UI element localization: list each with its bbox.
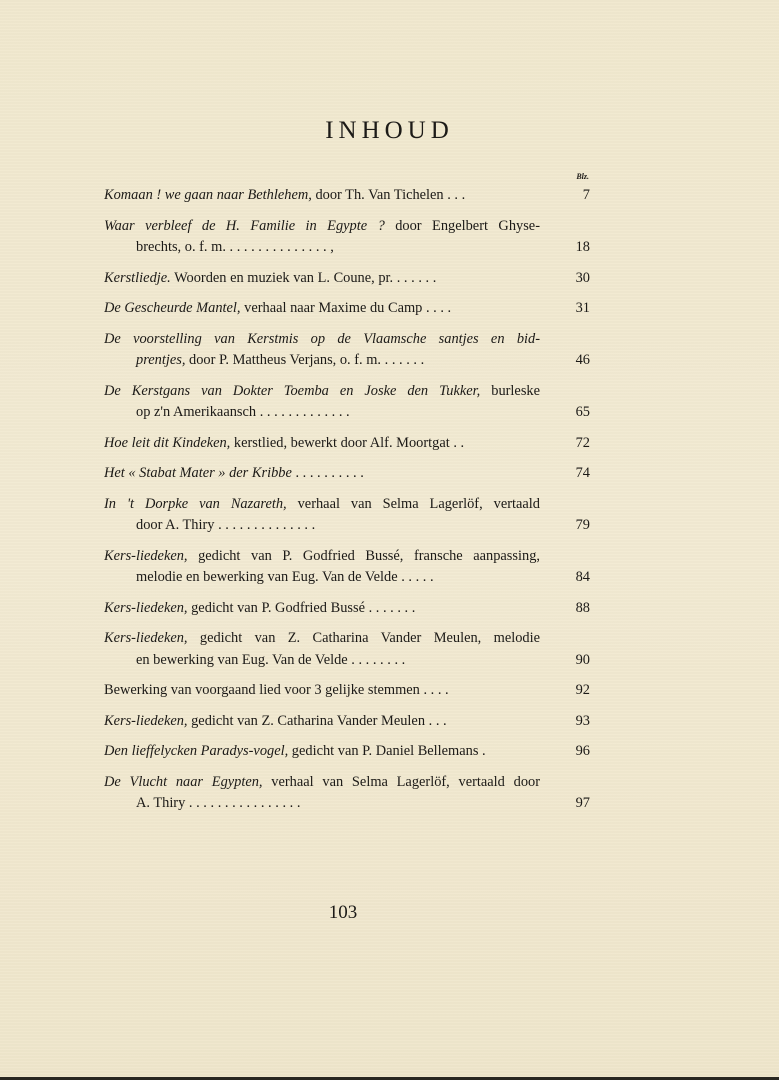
entry-page-number: 97 xyxy=(550,793,590,815)
entry-description: gedicht van P. Daniel Bellemans xyxy=(288,743,478,759)
dot-leader: . . . . . . . . . . xyxy=(292,465,364,481)
entry-page-number: 92 xyxy=(550,680,590,702)
entry-page-number: 88 xyxy=(550,598,590,620)
toc-entry-line: Bewerking van voorgaand lied voor 3 geli… xyxy=(104,680,540,702)
entry-description: Bewerking van voorgaand lied voor 3 geli… xyxy=(104,682,420,698)
toc-entry: In 't Dorpke van Nazareth, verhaal van S… xyxy=(104,494,590,537)
toc-entry-line: op z'n Amerikaansch . . . . . . . . . . … xyxy=(104,402,540,424)
entry-page-number: 90 xyxy=(550,650,590,672)
toc-entry-line: In 't Dorpke van Nazareth, verhaal van S… xyxy=(104,494,540,516)
entry-description: door Th. Van Tichelen xyxy=(312,187,444,203)
entry-description: door A. Thiry xyxy=(136,517,214,533)
dot-leader: . . . . . . xyxy=(381,352,424,368)
entry-description: verhaal van Selma Lagerlöf, vertaald doo… xyxy=(263,774,540,790)
entry-description: gedicht van Z. Catharina Vander Meulen, … xyxy=(188,630,540,646)
entry-title: De voorstelling van Kerstmis op de Vlaam… xyxy=(104,331,540,347)
dot-leader: . . . . . . . xyxy=(365,600,415,616)
toc-entry-line: Komaan ! we gaan naar Bethlehem, door Th… xyxy=(104,185,540,207)
toc-entry: Kerstliedje. Woorden en muziek van L. Co… xyxy=(104,268,590,290)
entry-description: gedicht van P. Godfried Bussé, fransche … xyxy=(188,548,540,564)
entry-title: De Kerstgans van Dokter Toemba en Joske … xyxy=(104,383,480,399)
toc-entry-line: De voorstelling van Kerstmis op de Vlaam… xyxy=(104,329,540,351)
toc-entry-line: prentjes, door P. Mattheus Verjans, o. f… xyxy=(104,350,540,372)
toc-entry: Komaan ! we gaan naar Bethlehem, door Th… xyxy=(104,185,590,207)
toc-entry-line: Waar verbleef de H. Familie in Egypte ? … xyxy=(104,216,540,238)
dot-leader: . . . . . . . . xyxy=(348,652,406,668)
toc-entry: Hoe leit dit Kindeken, kerstlied, bewerk… xyxy=(104,433,590,455)
entry-title: Kers-liedeken, xyxy=(104,548,188,564)
toc-entry-line: door A. Thiry . . . . . . . . . . . . . … xyxy=(104,515,540,537)
dot-leader: . . xyxy=(450,435,464,451)
page-title: INHOUD xyxy=(0,117,779,145)
entry-description: burleske xyxy=(480,383,540,399)
entry-title: Kers-liedeken, xyxy=(104,600,188,616)
entry-description: brechts, o. f. m. xyxy=(136,239,226,255)
entry-description: Woorden en muziek van L. Coune, pr. xyxy=(171,270,393,286)
entry-title: Waar verbleef de H. Familie in Egypte ? xyxy=(104,218,385,234)
entry-title: Den lieffelycken Paradys-vogel, xyxy=(104,743,288,759)
toc-entry-line: en bewerking van Eug. Van de Velde . . .… xyxy=(104,650,540,672)
entry-page-number: 18 xyxy=(550,237,590,259)
dot-leader: . . . . . . . . . . . . . . , xyxy=(226,239,334,255)
entry-title: Kers-liedeken, xyxy=(104,713,188,729)
dot-leader: . . . . . . . . . . . . . xyxy=(256,404,350,420)
toc-entry: De Gescheurde Mantel, verhaal naar Maxim… xyxy=(104,298,590,320)
toc-entry-line: De Vlucht naar Egypten, verhaal van Selm… xyxy=(104,772,540,794)
entry-title: Kerstliedje. xyxy=(104,270,171,286)
entry-description: door P. Mattheus Verjans, o. f. m. xyxy=(185,352,381,368)
dot-leader: . . . . . . xyxy=(393,270,436,286)
toc-entry-line: Hoe leit dit Kindeken, kerstlied, bewerk… xyxy=(104,433,540,455)
entry-description: kerstlied, bewerkt door Alf. Moortgat xyxy=(230,435,449,451)
toc-entry-line: De Kerstgans van Dokter Toemba en Joske … xyxy=(104,381,540,403)
toc-entry: Het « Stabat Mater » der Kribbe . . . . … xyxy=(104,463,590,485)
entry-title: Het « Stabat Mater » der Kribbe xyxy=(104,465,292,481)
toc-entry: Kers-liedeken, gedicht van P. Godfried B… xyxy=(104,546,590,589)
entry-title: Hoe leit dit Kindeken, xyxy=(104,435,230,451)
entry-description: en bewerking van Eug. Van de Velde xyxy=(136,652,348,668)
entry-title: Kers-liedeken, xyxy=(104,630,188,646)
toc-entry-line: Kers-liedeken, gedicht van P. Godfried B… xyxy=(104,546,540,568)
entry-page-number: 30 xyxy=(550,268,590,290)
table-of-contents: Komaan ! we gaan naar Bethlehem, door Th… xyxy=(104,185,590,824)
entry-page-number: 96 xyxy=(550,741,590,763)
entry-page-number: 79 xyxy=(550,515,590,537)
toc-entry-line: brechts, o. f. m. . . . . . . . . . . . … xyxy=(104,237,540,259)
toc-entry-line: De Gescheurde Mantel, verhaal naar Maxim… xyxy=(104,298,540,320)
entry-description: melodie en bewerking van Eug. Van de Vel… xyxy=(136,569,398,585)
toc-entry-line: melodie en bewerking van Eug. Van de Vel… xyxy=(104,567,540,589)
entry-description: door Engelbert Ghyse- xyxy=(385,218,540,234)
entry-title: Komaan ! we gaan naar Bethlehem, xyxy=(104,187,312,203)
entry-description: verhaal naar Maxime du Camp xyxy=(241,300,423,316)
entry-description: A. Thiry xyxy=(136,795,185,811)
entry-page-number: 93 xyxy=(550,711,590,733)
toc-entry: Bewerking van voorgaand lied voor 3 geli… xyxy=(104,680,590,702)
toc-entry: De Kerstgans van Dokter Toemba en Joske … xyxy=(104,381,590,424)
dot-leader: . . . . . . . . . . . . . . xyxy=(214,517,315,533)
toc-entry: De Vlucht naar Egypten, verhaal van Selm… xyxy=(104,772,590,815)
entry-page-number: 84 xyxy=(550,567,590,589)
entry-title: De Vlucht naar Egypten, xyxy=(104,774,263,790)
entry-description: op z'n Amerikaansch xyxy=(136,404,256,420)
dot-leader: . . . . xyxy=(420,682,449,698)
toc-entry-line: Kers-liedeken, gedicht van P. Godfried B… xyxy=(104,598,540,620)
entry-title: In 't Dorpke van Nazareth, xyxy=(104,496,287,512)
toc-entry-line: Het « Stabat Mater » der Kribbe . . . . … xyxy=(104,463,540,485)
toc-entry: De voorstelling van Kerstmis op de Vlaam… xyxy=(104,329,590,372)
entry-page-number: 72 xyxy=(550,433,590,455)
toc-entry-line: Kers-liedeken, gedicht van Z. Catharina … xyxy=(104,628,540,650)
dot-leader: . . . . xyxy=(422,300,451,316)
toc-entry-line: Kers-liedeken, gedicht van Z. Catharina … xyxy=(104,711,540,733)
toc-entry: Kers-liedeken, gedicht van Z. Catharina … xyxy=(104,711,590,733)
entry-title: De Gescheurde Mantel, xyxy=(104,300,241,316)
entry-description: gedicht van Z. Catharina Vander Meulen xyxy=(188,713,426,729)
dot-leader: . . . . . . . . . . . . . . . . xyxy=(185,795,300,811)
page-column-label: Blz. xyxy=(561,172,589,181)
entry-page-number: 46 xyxy=(550,350,590,372)
entry-description: gedicht van P. Godfried Bussé xyxy=(188,600,365,616)
toc-entry: Kers-liedeken, gedicht van P. Godfried B… xyxy=(104,598,590,620)
entry-page-number: 74 xyxy=(550,463,590,485)
toc-entry-line: Kerstliedje. Woorden en muziek van L. Co… xyxy=(104,268,540,290)
entry-page-number: 65 xyxy=(550,402,590,424)
entry-page-number: 7 xyxy=(550,185,590,207)
dot-leader: . . . xyxy=(444,187,466,203)
entry-page-number: 31 xyxy=(550,298,590,320)
dot-leader: . xyxy=(478,743,485,759)
page-number-folio: 103 xyxy=(0,902,686,924)
toc-entry: Den lieffelycken Paradys-vogel, gedicht … xyxy=(104,741,590,763)
dot-leader: . . . . . xyxy=(398,569,434,585)
dot-leader: . . . xyxy=(425,713,447,729)
toc-entry: Waar verbleef de H. Familie in Egypte ? … xyxy=(104,216,590,259)
toc-entry-line: Den lieffelycken Paradys-vogel, gedicht … xyxy=(104,741,540,763)
toc-entry-line: A. Thiry . . . . . . . . . . . . . . . . xyxy=(104,793,540,815)
entry-description: verhaal van Selma Lagerlöf, vertaald xyxy=(287,496,540,512)
toc-entry: Kers-liedeken, gedicht van Z. Catharina … xyxy=(104,628,590,671)
entry-title: prentjes, xyxy=(136,352,185,368)
